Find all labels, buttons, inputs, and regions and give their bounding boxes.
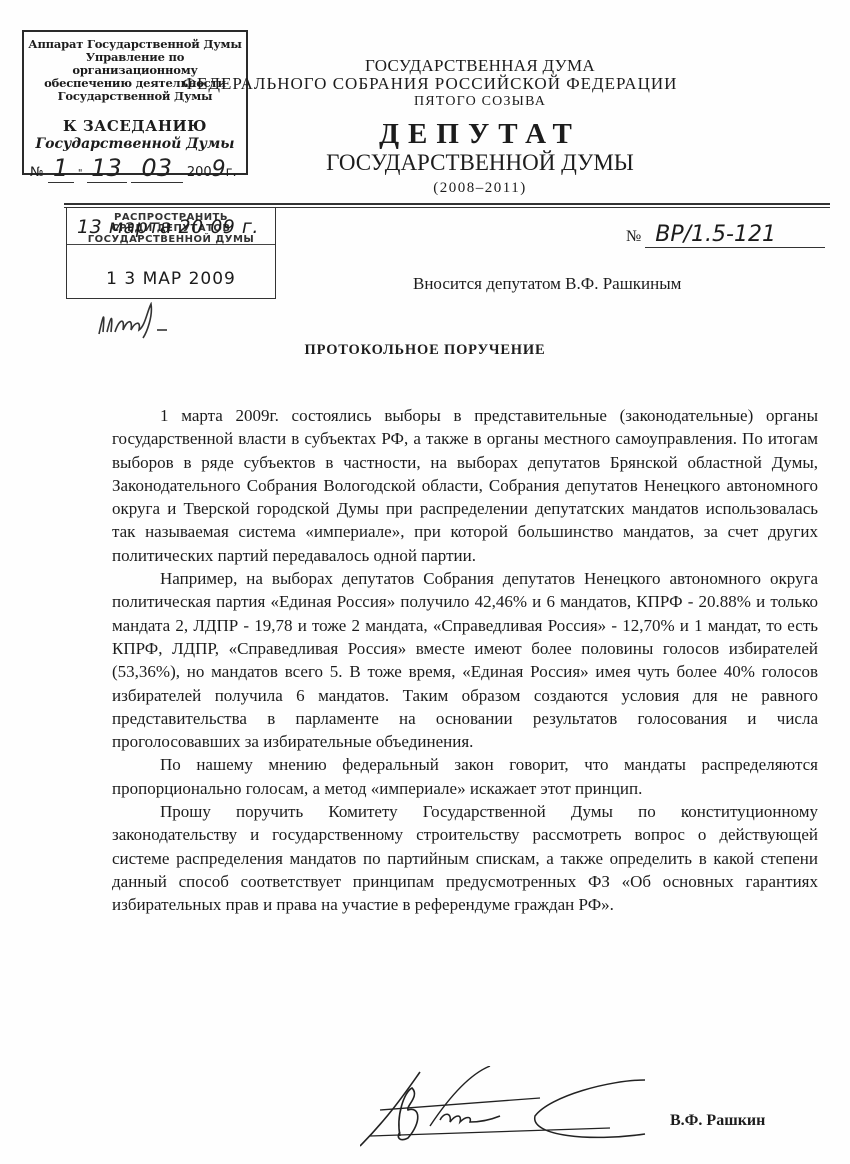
paragraph: По нашему мнению федеральный закон говор… [112,753,818,800]
submitted-by: Вносится депутатом В.Ф. Рашкиным [413,274,681,294]
handwritten-day: 13 [87,154,127,183]
paragraph: Например, на выборах депутатов Собрания … [112,567,818,753]
number-label: № [30,165,44,180]
header-line-3: ПЯТОГО СОЗЫВА [250,94,710,110]
document-number-label: № [626,228,641,245]
header-title: ДЕПУТАТ [250,118,710,151]
document-body: 1 марта 2009г. состоялись выборы в предс… [112,404,818,917]
year-prefix: 200 [187,165,212,180]
header-line-1: ГОСУДАРСТВЕННАЯ ДУМА [250,56,710,76]
initials-signature-icon [95,302,185,342]
distribute-stamp: РАСПРОСТРАНИТЬ СРЕДИ ДЕПУТАТОВ ГОСУДАРСТ… [66,207,276,299]
stamp-number-row: № 1 " 13 03 2009г. [24,154,246,183]
meeting-stamp: Аппарат Государственной Думы Управление … [22,30,248,175]
stamp-heading: К ЗАСЕДАНИЮ [24,117,246,135]
handwritten-year: 9 [212,157,226,182]
header-years: (2008–2011) [250,180,710,197]
document-number-value: ВР/1.5-121 [645,222,825,248]
year-unit: г. [226,165,237,180]
stamp-subheading: Государственной Думы [24,136,246,152]
header-line-2: ФЕДЕРАЛЬНОГО СОБРАНИЯ РОССИЙСКОЙ ФЕДЕРАЦ… [180,74,680,94]
paragraph: 1 марта 2009г. состоялись выборы в предс… [112,404,818,567]
document-title: ПРОТОКОЛЬНОЕ ПОРУЧЕНИЕ [0,342,850,359]
handwritten-number: 1 [48,154,74,183]
handwritten-date: 13 марта 20 09 г. [77,216,259,238]
signature-icon [360,1066,660,1150]
handwritten-month: 03 [131,154,183,183]
received-date: 1 3 МАР 2009 [67,269,275,289]
paragraph: Прошу поручить Комитету Государственной … [112,800,818,916]
stamp-divider [67,244,275,245]
document-number: № ВР/1.5-121 [626,222,825,248]
signer-name: В.Ф. Рашкин [670,1112,765,1130]
header-subtitle: ГОСУДАРСТВЕННОЙ ДУМЫ [250,150,710,176]
